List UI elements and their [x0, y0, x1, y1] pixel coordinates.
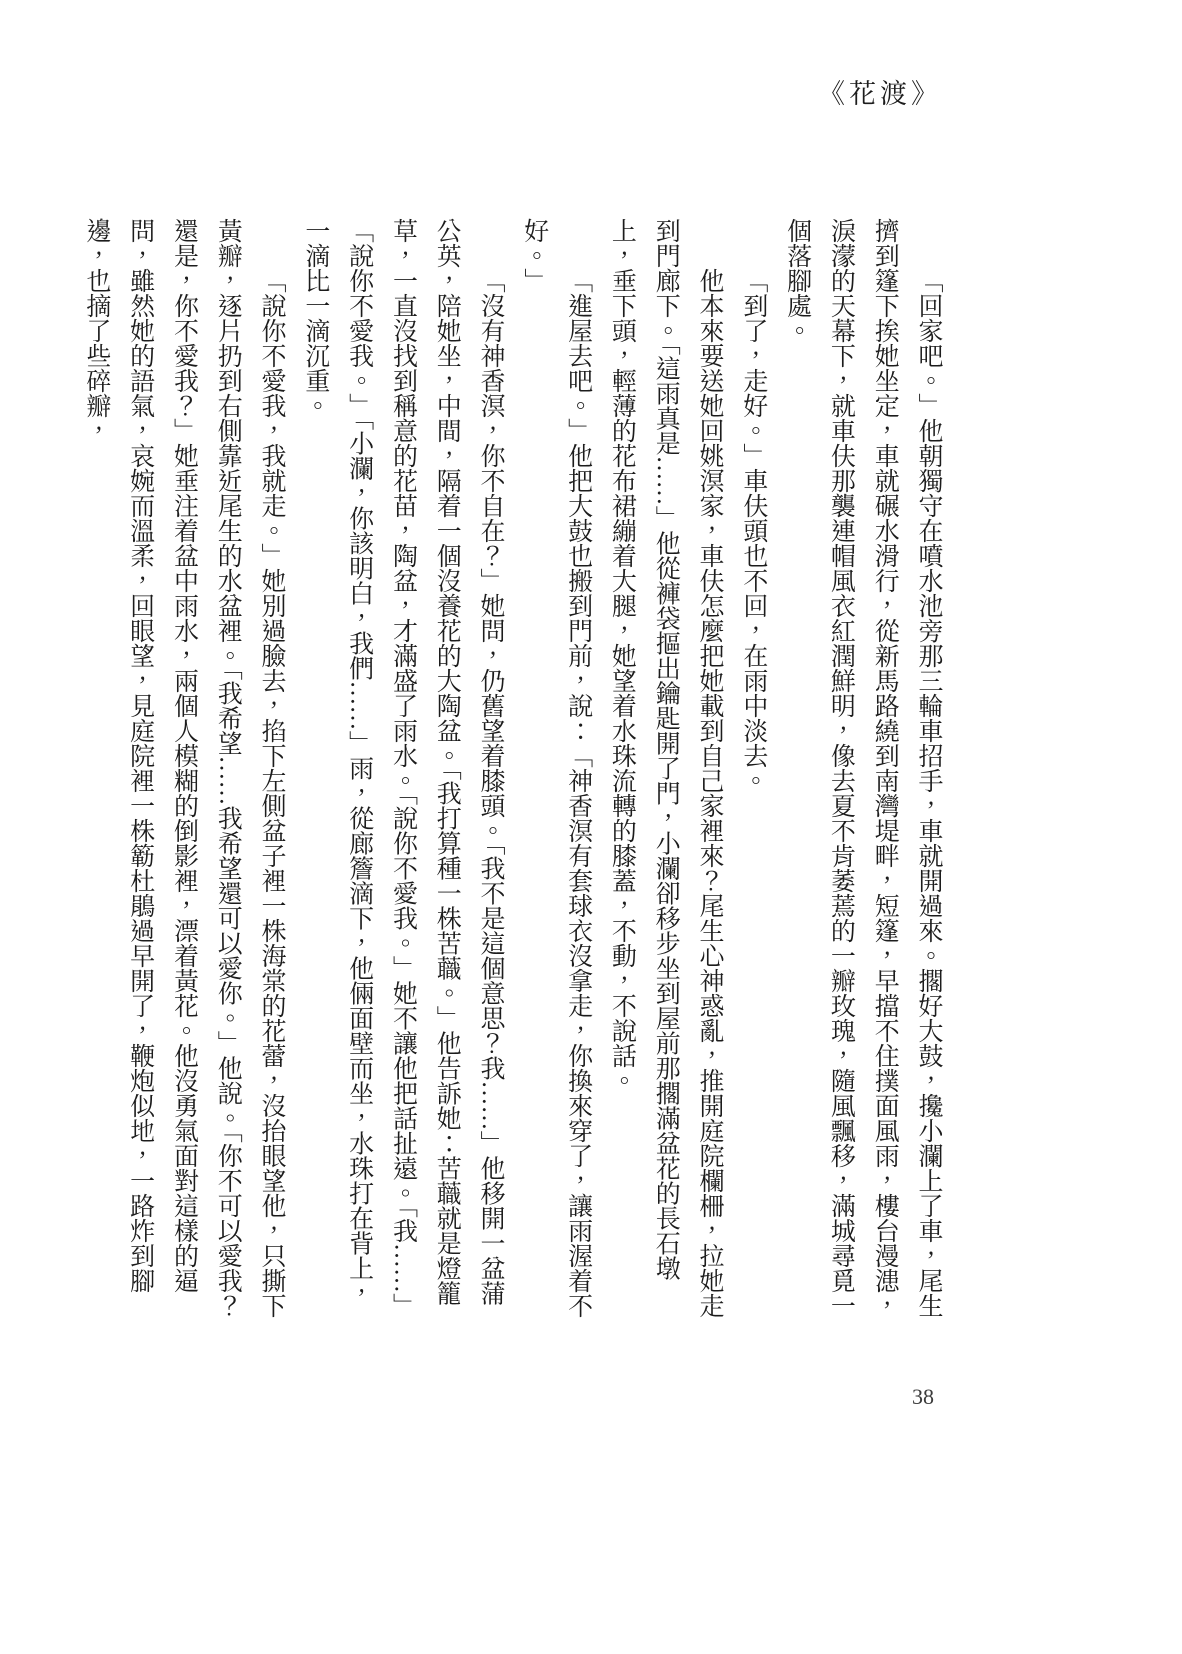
- paragraph: 「說你不愛我，我就走。」她別過臉去，掐下左側盆子裡一株海棠的花蕾，沒抬眼望他，只…: [74, 218, 293, 1330]
- book-page: 《花渡》 「回家吧。」他朝獨守在噴水池旁那三輪車招手，車就開過來。擱好大鼓，攙小…: [0, 0, 1182, 1654]
- paragraph: 「回家吧。」他朝獨守在噴水池旁那三輪車招手，車就開過來。擱好大鼓，攙小瀾上了車，…: [775, 218, 950, 1330]
- paragraph: 「進屋去吧。」他把大鼓也搬到門前，說：「神香溟有套球衣沒拿走，你換來穿了，讓雨渥…: [512, 218, 600, 1330]
- paragraph: 「到了，走好。」車伕頭也不回，在雨中淡去。: [731, 218, 775, 1330]
- page-number: 38: [912, 1384, 934, 1410]
- running-head-title: 《花渡》: [818, 72, 942, 111]
- paragraph: 他本來要送她回姚溟家，車伕怎麼把她載到自己家裡來？尾生心神惑亂，推開庭院欄柵，拉…: [600, 218, 731, 1330]
- body-text-block: 「回家吧。」他朝獨守在噴水池旁那三輪車招手，車就開過來。擱好大鼓，攙小瀾上了車，…: [248, 218, 950, 1330]
- paragraph: 「沒有神香溟，你不自在？」她問，仍舊望着膝頭。「我不是這個意思？我……」他移開一…: [293, 218, 512, 1330]
